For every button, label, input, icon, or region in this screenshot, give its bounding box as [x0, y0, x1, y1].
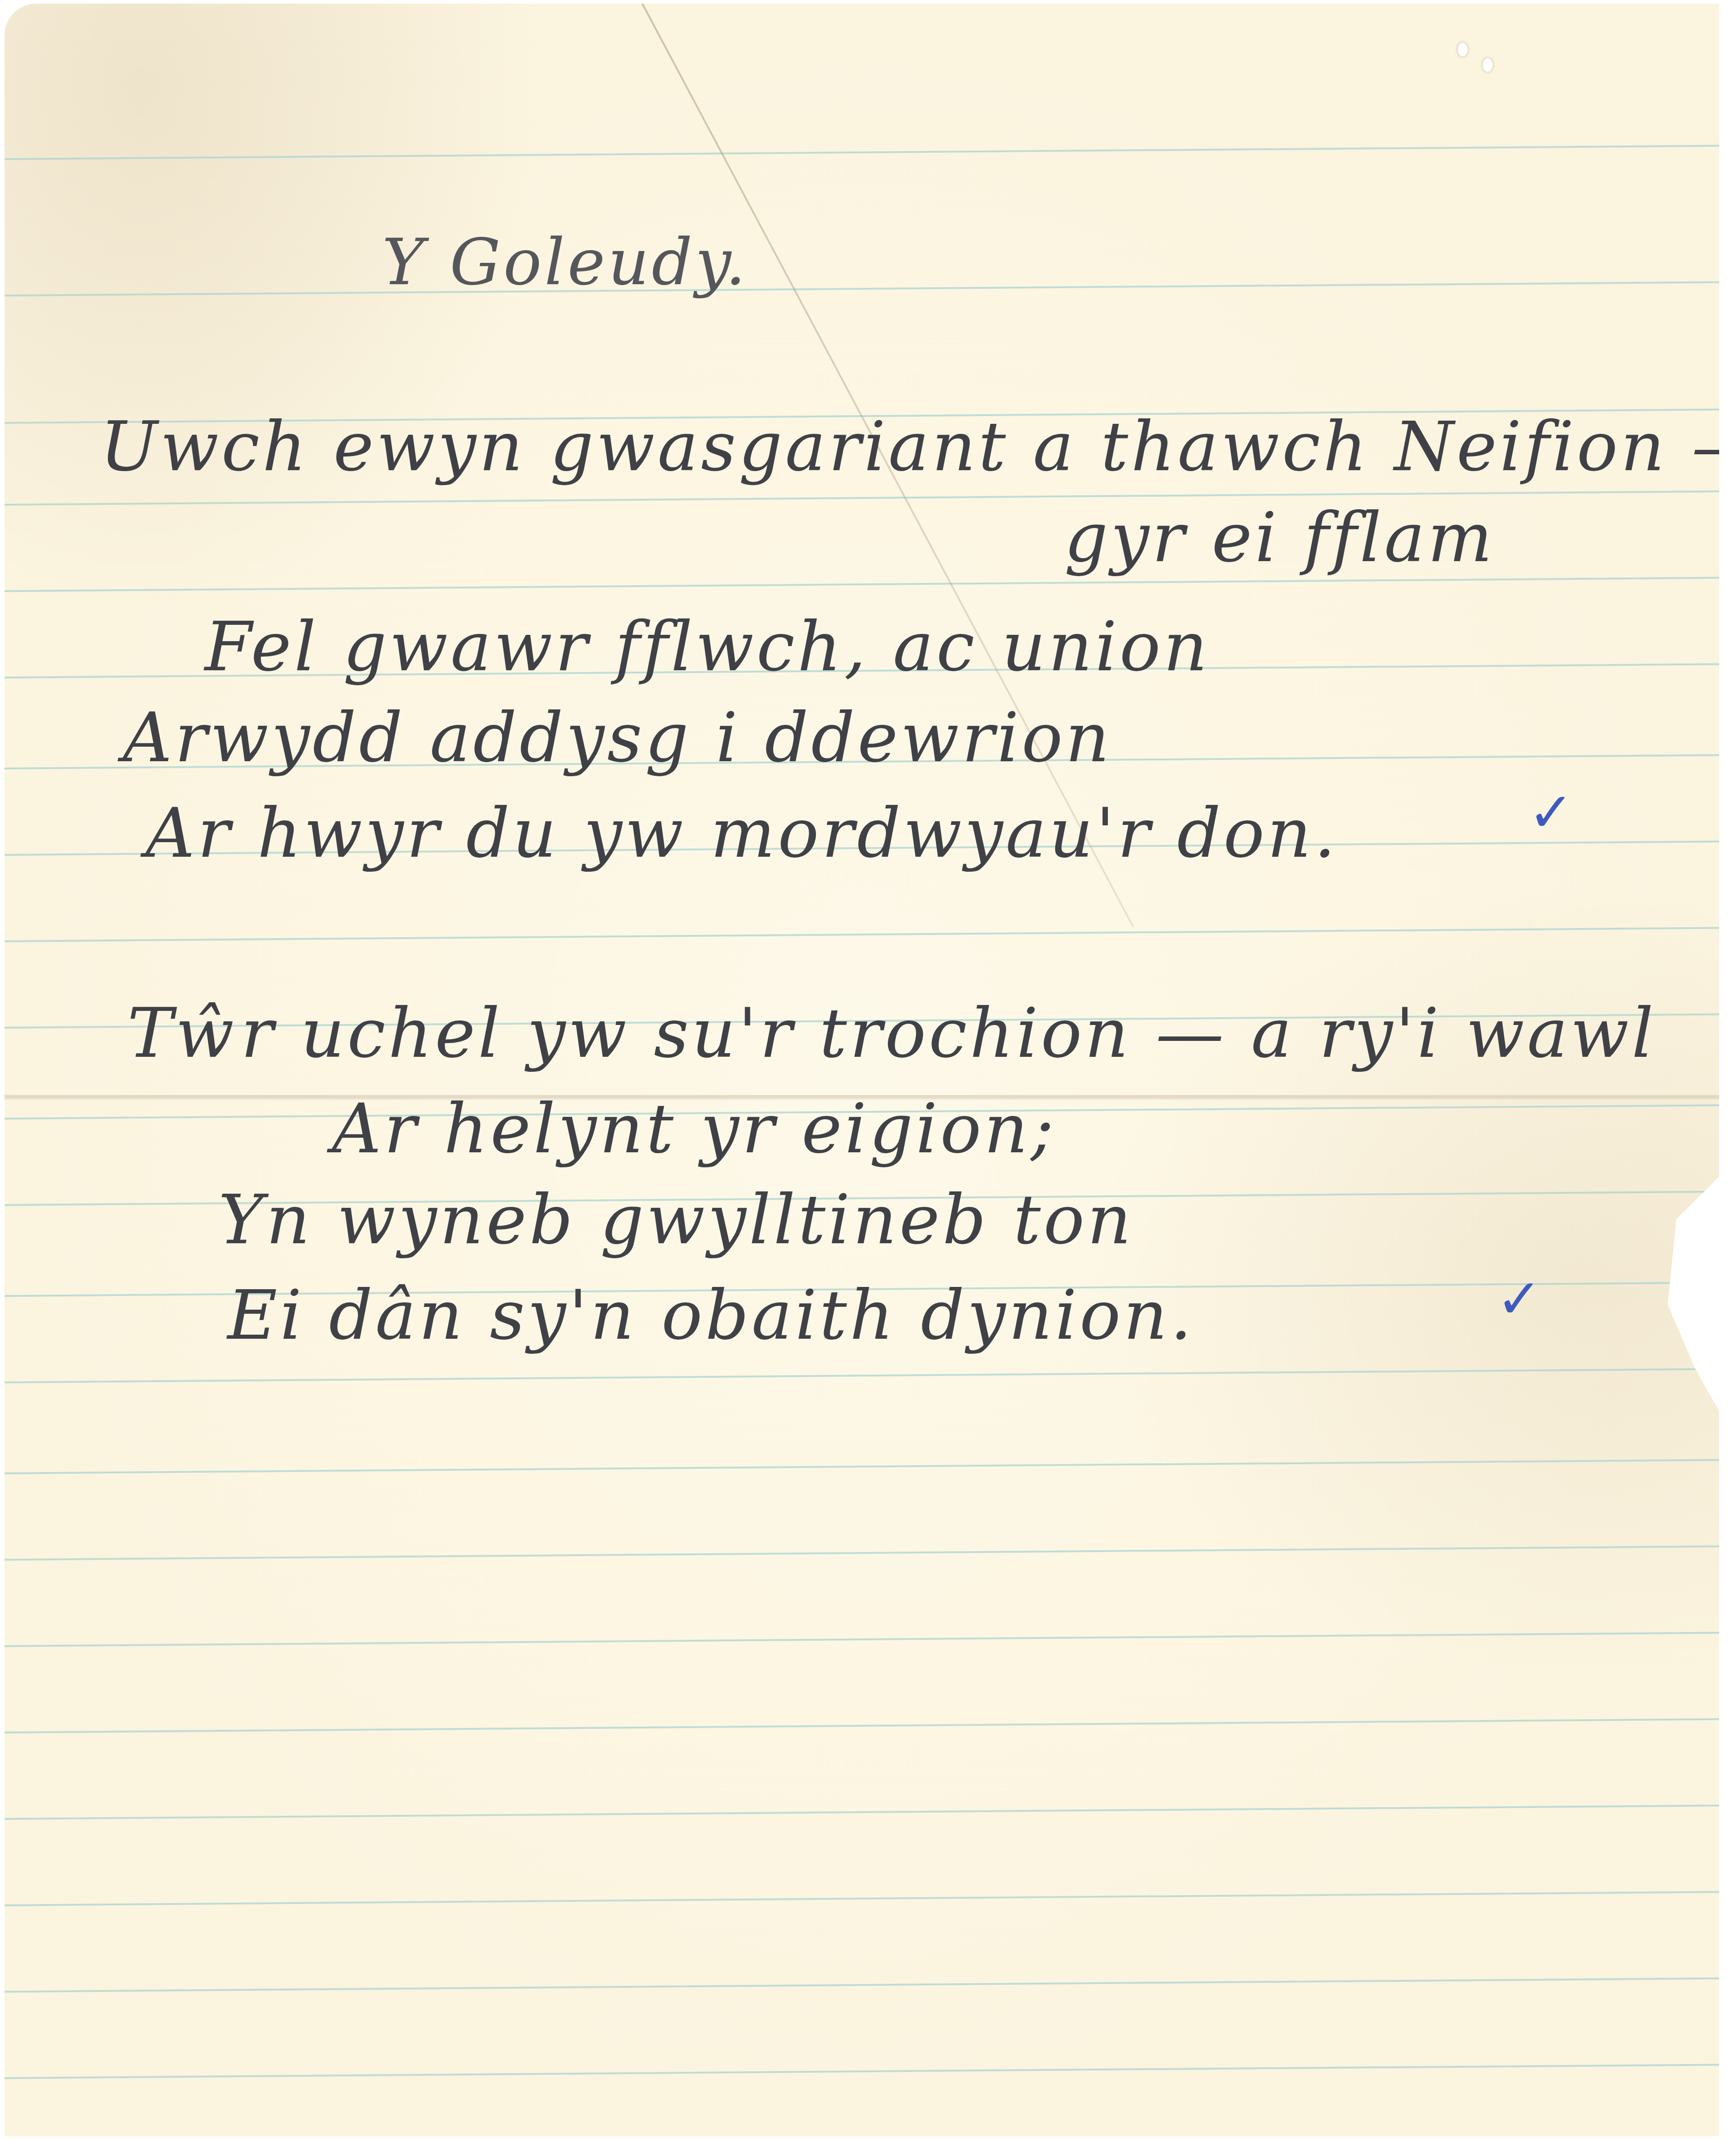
poem-line: Ei dân sy'n obaith dynion.: [227, 1281, 1194, 1350]
ruled-line: [5, 1891, 1719, 1906]
ruled-line: [5, 1804, 1719, 1820]
ruled-line: [5, 1718, 1719, 1733]
poem-line: Ar helynt yr eigion;: [332, 1095, 1057, 1163]
paper-sheet: Y Goleudy. Uwch ewyn gwasgariant a thawc…: [5, 4, 1719, 2136]
poem-line: Arwydd addysg i ddewrion: [123, 704, 1112, 772]
poem-line: Ar hwyr du yw mordwyau'r don.: [146, 799, 1338, 868]
poem-line: gyr ei fflam: [1064, 504, 1495, 572]
poem-line: Tŵr uchel yw su'r trochion — a ry'i wawl: [127, 1000, 1656, 1068]
ruled-line: [5, 1459, 1719, 1474]
poem-line: Uwch ewyn gwasgariant a thawch Neifion —: [100, 413, 1736, 481]
ruled-line: [5, 1632, 1719, 1647]
poem-line: Yn wyneb gwylltineb ton: [218, 1186, 1134, 1254]
ruled-line: [5, 281, 1719, 296]
pin-hole: [1483, 58, 1493, 72]
ruled-line: [5, 927, 1719, 942]
ruled-line: [5, 2064, 1719, 2079]
check-mark-icon: ✓: [1496, 1272, 1542, 1327]
ruled-line: [5, 1977, 1719, 1993]
poem-line: Fel gwawr fflwch, ac union: [205, 613, 1210, 681]
pin-hole: [1458, 43, 1468, 56]
check-mark-icon: ✓: [1528, 786, 1574, 840]
ruled-line: [5, 145, 1719, 160]
ruled-line: [5, 1368, 1719, 1383]
poem-title: Y Goleudy.: [382, 231, 748, 295]
ruled-line: [5, 577, 1719, 592]
ruled-line: [5, 1545, 1719, 1561]
